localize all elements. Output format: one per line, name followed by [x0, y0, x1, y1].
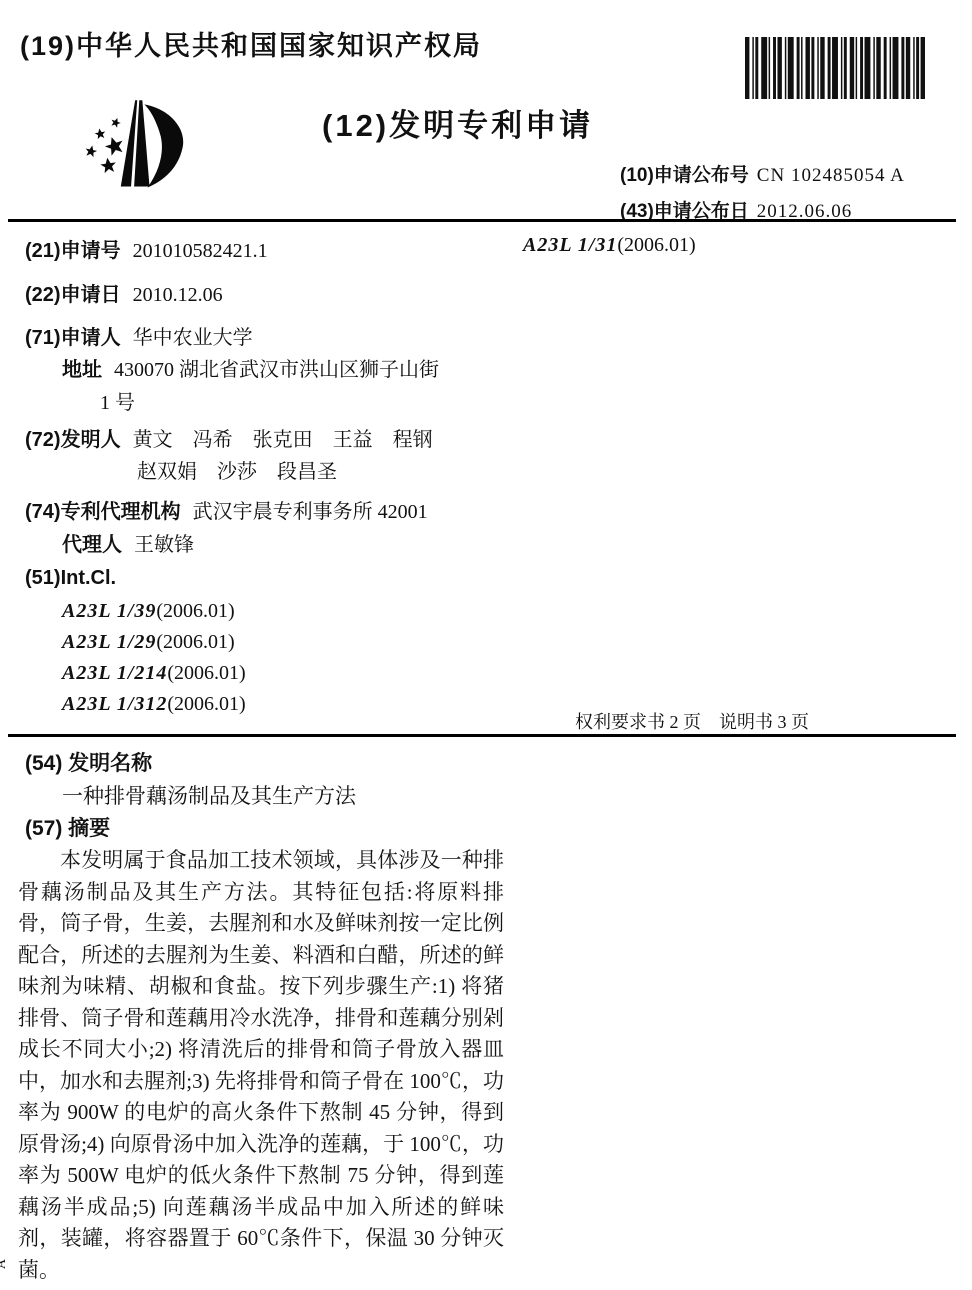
filing-date-value: 2010.12.06: [133, 284, 223, 306]
address-line2: 1 号: [100, 392, 135, 414]
ipc-version: (2006.01): [156, 631, 234, 653]
inventors-line2: 赵双娟 沙莎 段昌圣: [137, 461, 337, 483]
applicant-value: 华中农业大学: [133, 327, 253, 349]
barcode: [745, 37, 925, 99]
ipc-entry: A23L 1/39(2006.01): [62, 600, 235, 623]
ipc-version: (2006.01): [156, 600, 234, 622]
filing-date-row: (22)申请日2010.12.06: [25, 278, 223, 307]
ipc-version: (2006.01): [167, 693, 245, 715]
agent-label: 代理人: [62, 534, 122, 556]
ipc-main-entry: A23L 1/31(2006.01): [523, 234, 696, 257]
agent-value: 王敏锋: [134, 534, 194, 556]
publication-number-label: (10)申请公布号: [620, 165, 749, 186]
agent-row: 代理人王敏锋: [62, 528, 194, 557]
ipc-main-code: A23L 1/31: [523, 234, 617, 256]
body-divider: [8, 734, 956, 737]
invention-title: 一种排骨藕汤制品及其生产方法: [62, 780, 356, 810]
ipc-code: A23L 1/312: [62, 693, 167, 715]
ipc-code: A23L 1/29: [62, 631, 156, 653]
address-row-2: 1 号: [100, 386, 135, 415]
agency-row: (74)专利代理机构武汉宇晨专利事务所 42001: [25, 495, 428, 524]
agency-value: 武汉宇晨专利事务所 42001: [193, 501, 428, 523]
application-number-row: (21)申请号201010582421.1: [25, 234, 268, 263]
abstract-label: (57) 摘要: [25, 812, 110, 842]
intcl-label: (51)Int.Cl.: [25, 567, 116, 589]
address-label: 地址: [62, 359, 102, 381]
applicant-label: (71)申请人: [25, 327, 121, 349]
application-number-label: (21)申请号: [25, 240, 121, 262]
edge-mark: A: [0, 1259, 10, 1269]
patent-front-page: (19)中华人民共和国国家知识产权局: [0, 0, 972, 1290]
ipc-entry: A23L 1/29(2006.01): [62, 631, 235, 654]
inventors-row-2: 赵双娟 沙莎 段昌圣: [137, 455, 337, 484]
ipc-code: A23L 1/39: [62, 600, 156, 622]
ipc-version: (2006.01): [167, 662, 245, 684]
inventors-line1: 黄文 冯希 张克田 王益 程钢: [133, 429, 433, 451]
agency-label: (74)专利代理机构: [25, 501, 181, 523]
ipc-code: A23L 1/214: [62, 662, 167, 684]
publication-number-row: (10)申请公布号CN 102485054 A: [620, 160, 905, 187]
publication-number-value: CN 102485054 A: [757, 165, 905, 186]
ipc-main-version: (2006.01): [617, 234, 695, 256]
sipo-logo-icon: [66, 92, 231, 207]
inventors-label: (72)发明人: [25, 429, 121, 451]
pages-count-info: 权利要求书 2 页 说明书 3 页: [575, 708, 809, 734]
ipc-entry: A23L 1/312(2006.01): [62, 693, 246, 716]
inventors-row: (72)发明人黄文 冯希 张克田 王益 程钢: [25, 423, 433, 452]
address-row: 地址430070 湖北省武汉市洪山区狮子山街: [62, 353, 439, 382]
ipc-entry: A23L 1/214(2006.01): [62, 662, 246, 685]
header-divider: [8, 219, 956, 222]
intcl-header-row: (51)Int.Cl.: [25, 567, 128, 590]
address-line1: 430070 湖北省武汉市洪山区狮子山街: [114, 359, 439, 381]
document-type-title: (12)发明专利申请: [322, 100, 593, 145]
application-number-value: 201010582421.1: [133, 240, 268, 262]
filing-date-label: (22)申请日: [25, 284, 121, 306]
abstract-text: 本发明属于食品加工技术领域，具体涉及一种排骨藕汤制品及其生产方法。其特征包括:将…: [18, 845, 504, 1286]
issuing-office: (19)中华人民共和国国家知识产权局: [20, 24, 482, 63]
applicant-row: (71)申请人华中农业大学: [25, 321, 253, 350]
invention-title-label: (54) 发明名称: [25, 747, 152, 777]
